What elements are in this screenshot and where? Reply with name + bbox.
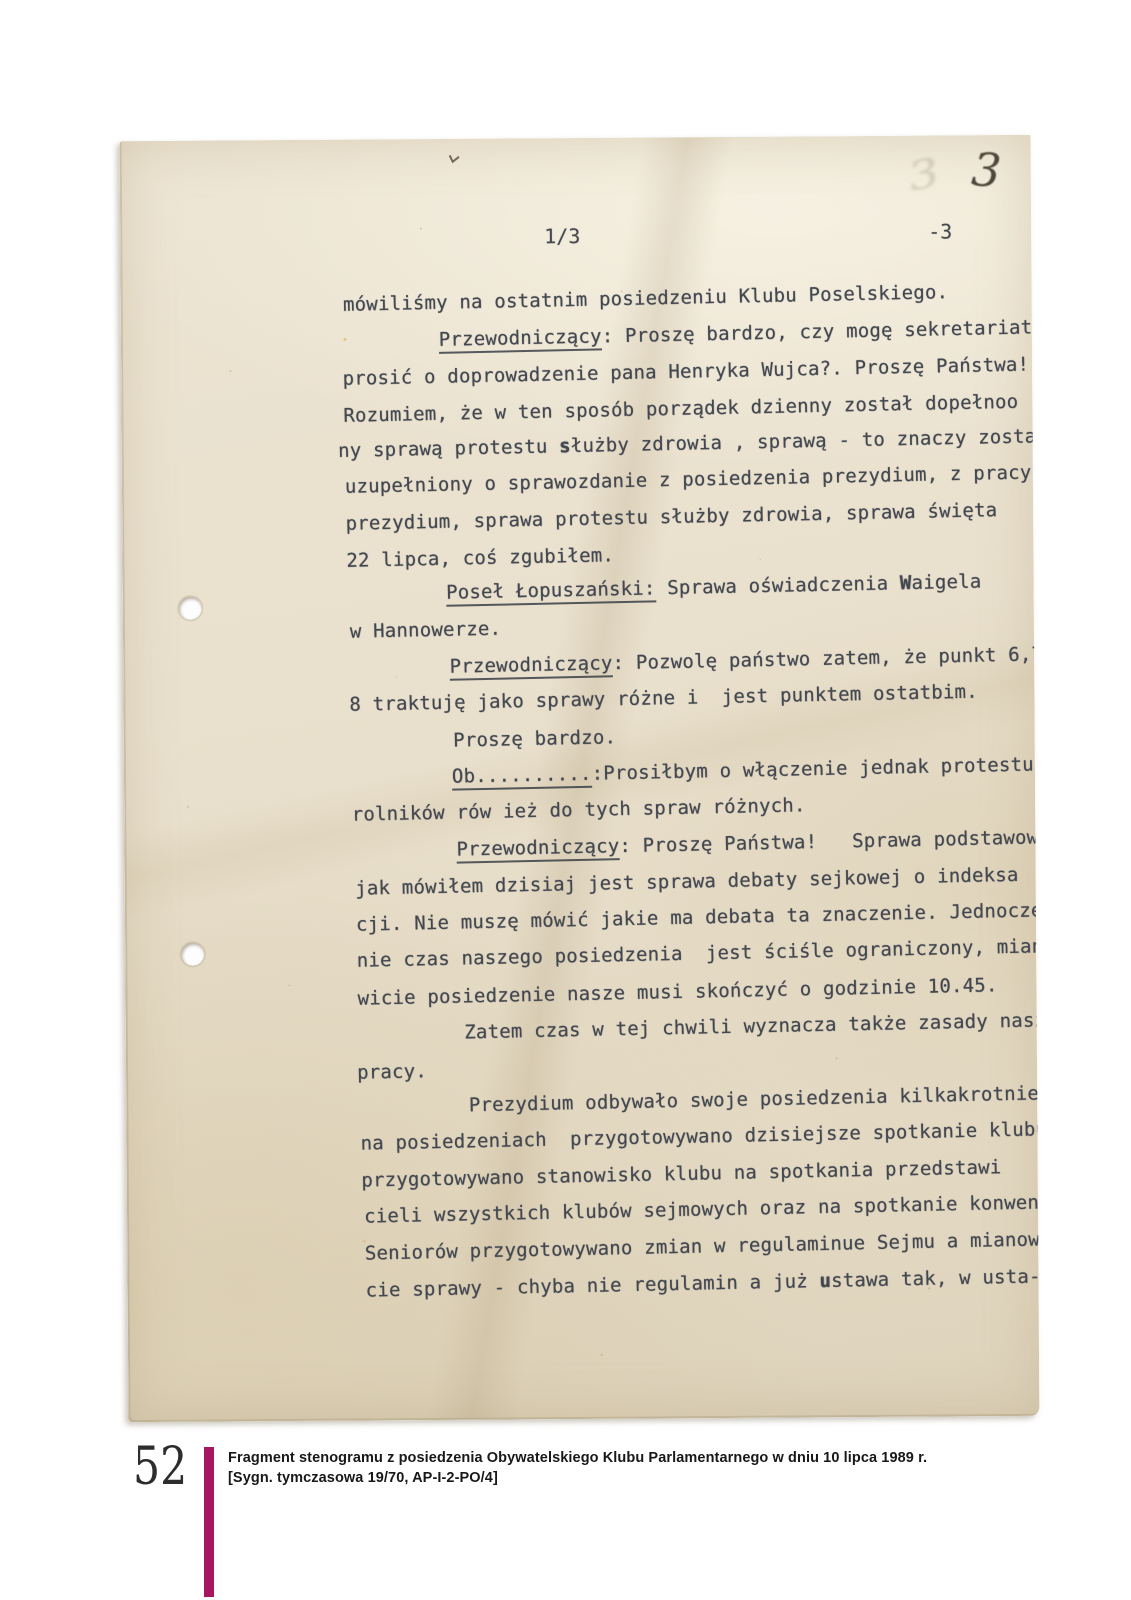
typescript-line-12: 8 traktuję jako sprawy różne i jest punk… <box>349 680 978 717</box>
typescript-line-25: przygotowywano stanowisko klubu na spotk… <box>361 1155 1002 1192</box>
typescript-line-7: prezydium, sprawa protestu służby zdrowi… <box>345 498 997 536</box>
typescript-line-15: rolników rów ież do tych spraw różnych. <box>351 793 805 827</box>
typescript-line-11: Przewodniczący: Pozwolę państwo zatem, ż… <box>449 642 1039 678</box>
typescript-line-6: uzupełniony o sprawozdanie z posiedzenia… <box>345 460 1032 498</box>
typescript-line-19: nie czas naszego posiedzenia jest ściśle… <box>357 934 1040 973</box>
typescript-body: mówiliśmy na ostatnim posiedzeniu Klubu … <box>120 135 1040 1422</box>
typescript-line-20: wicie posiedzenie nasze musi skończyć o … <box>357 973 998 1010</box>
typescript-line-28: cie sprawy - chyba nie regulamin a już u… <box>365 1264 1039 1302</box>
caption-accent-bar <box>204 1447 214 1597</box>
typescript-line-24: na posiedzeniach przygotowywano dzisiejs… <box>360 1117 1039 1155</box>
caption-line-1: Fragment stenogramu z posiedzenia Obywat… <box>228 1448 928 1468</box>
typescript-line-2: Przewodniczący: Proszę bardzo, czy mogę … <box>439 315 1033 351</box>
typescript-line-1: mówiliśmy na ostatnim posiedzeniu Klubu … <box>343 280 949 317</box>
typescript-line-23: Prezydium odbywało swoje posiedzenia kil… <box>469 1081 1040 1117</box>
typescript-line-4: Rozumiem, że w ten sposób porządek dzien… <box>343 390 1018 428</box>
hole-punch-bottom <box>181 943 204 966</box>
typescript-line-13: Proszę bardzo. <box>453 725 616 752</box>
typescript-line-9: Poseł Łopuszański: Sprawa oświadczenia W… <box>446 570 982 605</box>
typescript-line-5: ny sprawą protestu służby zdrowia , spra… <box>338 424 1040 463</box>
typescript-line-16: Przewodniczący: Proszę Państwa! Sprawa p… <box>456 825 1039 861</box>
typescript-line-18: cji. Nie muszę mówić jakie ma debata ta … <box>356 898 1040 937</box>
typescript-line-17: jak mówiłem dzisiaj jest sprawa debaty s… <box>355 863 1019 901</box>
caption-block: Fragment stenogramu z posiedzenia Obywat… <box>228 1448 928 1488</box>
typescript-line-14: Ob..........:Prosiłbym o włączenie jedna… <box>452 752 1034 788</box>
typescript-line-3: prosić o doprowadzenie pana Henryka Wujc… <box>342 352 1029 390</box>
typescript-line-26: cieli wszystkich klubów sejmowych oraz n… <box>364 1190 1040 1229</box>
typescript-line-10: w Hannowerze. <box>350 617 502 644</box>
caption-line-2: [Sygn. tymczasowa 19/70, AP-I-2-PO/4] <box>228 1468 928 1488</box>
typescript-line-22: pracy. <box>357 1059 427 1084</box>
typescript-line-21: Zatem czas w tej chwili wyznacza także z… <box>464 1008 1039 1045</box>
hole-punch-top <box>179 597 202 620</box>
typescript-line-8: 22 lipca, coś zgubiłem. <box>346 543 614 573</box>
caption-figure-number: 52 <box>133 1441 182 1493</box>
scanned-document-page: 3 3 1/3 -3 mówiliśmy na ostatnim posiedz… <box>120 135 1040 1422</box>
typescript-line-27: Seniorów przygotowywano zmian w regulami… <box>365 1227 1040 1265</box>
